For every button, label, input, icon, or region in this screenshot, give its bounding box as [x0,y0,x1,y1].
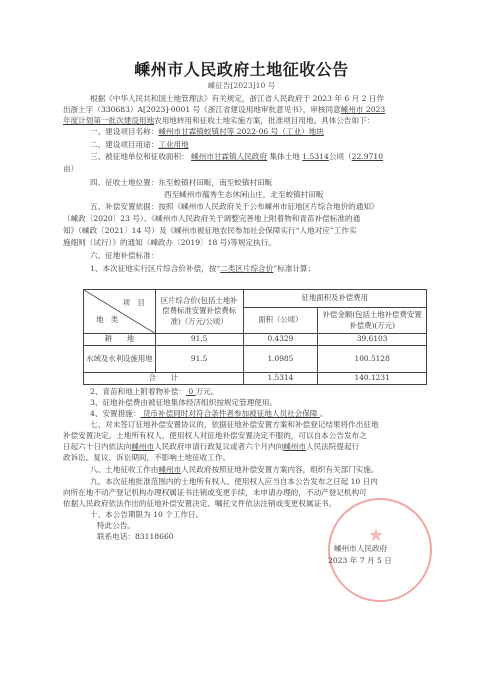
item-8-post: 人民政府按照征地补偿安置方案内容，组织有关部门实施。 [181,465,378,474]
header-amount: 补偿金额(包括土地补偿费安置补偿费)(万元) [318,308,427,334]
item-2-label: 二、建设项目用途： [90,140,158,149]
notice-page: 嵊州市人民政府土地征收公告 嵊征告[2023]10 号 根据《中华人民共和国土地… [0,0,483,673]
area-mu: 22.9710 [352,152,383,161]
contact-phone: 联系电话：83118660 [97,531,174,542]
table-corner-header: 项 目 地 类 [84,290,156,334]
item-6-sub-2-post: 万元。 [196,387,219,396]
intro-line-3-underlined: 年度计划第一批次建设用地 [63,116,154,125]
expropriated-unit: 嵊州市甘霖镇人民政府 [191,152,267,161]
item-6-sub-4-pre: 4、安置措施： [90,409,140,418]
header-zone-price: 区片综合价(包括土地补偿费标准安置补偿费标准)（万元/公顷） [155,290,243,334]
row-amount: 100.5128 [318,346,427,373]
item-9-line-1: 九、本次征地批准范围内的土地所有权人、使用权人应当自本公告发布之日起 10 日内 [90,476,378,487]
item-7-line-3-post: 人民法院提起行 [306,442,359,451]
item-1: 一、建设项目名称：嵊州市甘霖镇蛟镇村等 2022-06 号（工业）地块 [90,126,324,137]
land-type: 集体土地 [270,152,300,161]
item-1-label: 一、建设项目名称： [90,127,158,136]
corner-top-label: 项 目 [123,298,145,309]
city-name: 嵊州市 [131,442,154,451]
closing-text: 特此公告。 [97,520,135,531]
item-6-label: 六、征地补偿标准： [90,250,158,261]
location-line-1: 东至蛟镇村田畈，南至蛟镇村田畈 [158,178,272,187]
signature-date: 2023 年 7 月 5 日 [328,555,392,566]
item-9-line-3: 依据人民政府依法作出的征地补偿安置决定、嘱托文件依法注销或变更权属证书。 [63,498,336,509]
item-3-label: 三、被征地单位和征收面积： [90,152,189,161]
row-area: 1.0985 [243,346,318,373]
row-type: 耕 地 [84,334,156,346]
item-6-sub-3: 3、征地补偿费由被征地集体经济组织按规定管理使用。 [90,397,277,408]
item-5-line-1: 五、补偿安置依据：按照《嵊州市人民政府关于公布嵊州市征地区片综合地价的通知》 [90,201,379,212]
intro-line-2-underlined: 嵊州市 2023 [341,105,386,114]
item-6-sub-1-pre: 1、本次征地实行区片综合价补偿，按“ [90,264,220,273]
item-4: 四、征收土地位置：东至蛟镇村田畈，南至蛟镇村田畈 [90,177,272,188]
row-amount: 39.6103 [318,334,427,346]
table-row: 水域及水利设施用地 91.5 1.0985 100.5128 [84,346,427,373]
document-number: 嵊征告[2023]10 号 [0,80,483,91]
row-area: 0.4329 [243,334,318,346]
crop-compensation-value: 0 [186,387,196,396]
signature-org: 嵊州市人民政府 [334,543,387,554]
item-7-line-3-mid: 人民政府申请行政复议或者六个月内向 [154,442,283,451]
item-5-line-2: （嵊政〔2020〕23 号）、《嵊州市人民政府关于调整完善地上附着物和青苗补偿标… [63,213,360,224]
total-amount: 140.1231 [318,373,427,385]
row-price: 91.5 [155,346,243,373]
item-9-line-2: 向所在地不动产登记机构办理权属证书注销或变更手续，未申请办理的，不动产登记机构可 [63,487,367,498]
page-title: 嵊州市人民政府土地征收公告 [0,57,483,80]
intro-line-3-text: 农用地转用和征收土地实施方案，批准项目用地。具体公告如下： [154,116,374,125]
project-usage: 工业用地 [158,140,188,149]
item-10: 十、本公告期限为 10 个工作日。 [90,509,203,520]
location-line-2: 西至嵊州市蕴秀生态休闲山庄，北至蛟镇村田畈 [164,189,323,200]
item-6-sub-1: 1、本次征地实行区片综合价补偿，按“二类区片综合价”标准计算； [90,263,315,274]
item-4-label: 四、征收土地位置： [90,178,158,187]
table-row: 耕 地 91.5 0.4329 39.6103 [84,334,427,346]
intro-line-2-text: 出浙土字（330683）A[2023]-0001 号《浙江省建设用地审批意见书》… [63,105,341,114]
table-total-row: 合 计 1.5314 140.1231 [84,373,427,385]
area-hectares-unit: 公顷（ [329,152,352,161]
diagonal-line [84,290,156,334]
area-hectares: 1.5314 [302,152,329,161]
item-2: 二、建设项目用途：工业用地 [90,139,189,150]
item-3: 三、被征地单位和征收面积： 嵊州市甘霖镇人民政府 集体土地 1.5314公顷（2… [90,151,383,162]
item-6-sub-1-post: ”标准计算； [273,264,315,273]
corner-bottom-label: 地 类 [96,315,118,326]
item-6-sub-4-post: 。 [320,409,328,418]
item-5-line-3: 知》（嵊政〔2021〕14 号）及《嵊州市被征地农民参加社会保障实行“人地对应”… [63,225,357,236]
intro-line-1: 根据《中华人民共和国土地管理法》有关规定，浙江省人民政府于 2023 年 6 月… [90,93,384,104]
item-7-line-4: 政诉讼。复议、诉讼期间，不影响土地征收工作。 [63,452,230,463]
total-label: 合 计 [84,373,244,385]
item-8: 八、土地征收工作由嵊州市人民政府按照征地补偿安置方案内容，组织有关部门实施。 [90,464,379,475]
item-7-line-1: 七、对未签订征地补偿安置协议的，依据征地补偿安置方案和补偿登记结果将作出征地 [90,419,379,430]
item-3-mu-unit: 亩） [63,163,78,174]
project-name: 嵊州市甘霖镇蛟镇村等 2022-06 号（工业）地块 [158,127,323,136]
resettlement-measure: 货币补偿同时对符合条件者参加被征地人员社会保障 [140,409,319,418]
intro-line-2: 出浙土字（330683）A[2023]-0001 号《浙江省建设用地审批意见书》… [63,104,385,115]
item-7-line-3-pre: 日起六十日内依法向 [63,442,131,451]
city-name: 嵊州市 [158,465,181,474]
item-7-line-3: 日起六十日内依法向嵊州市人民政府申请行政复议或者六个月内向嵊州市人民法院提起行 [63,441,359,452]
item-7-line-2: 补偿安置决定。土地所有权人、使用权人对征地补偿安置决定不服的，可以自本公告发布之 [63,430,367,441]
row-price: 91.5 [155,334,243,346]
item-6-sub-2-pre: 2、青苗和地上附着物补偿： [90,387,186,396]
row-type: 水域及水利设施用地 [84,346,156,373]
total-area: 1.5314 [243,373,318,385]
item-8-pre: 八、土地征收工作由 [90,465,158,474]
header-area: 面积（公顷） [243,308,318,334]
item-6-sub-2: 2、青苗和地上附着物补偿： 0 万元。 [90,386,218,397]
item-6-sub-4: 4、安置措施： 货币补偿同时对符合条件者参加被征地人员社会保障 。 [90,408,327,419]
city-name: 嵊州市 [283,442,306,451]
intro-line-3: 年度计划第一批次建设用地农用地转用和征收土地实施方案，批准项目用地。具体公告如下… [63,115,374,126]
zone-price-class: 二类区片综合价 [220,264,273,273]
item-5-line-4: 施细则（试行）》的通知（嵊政办〔2019〕18 号)等规定执行。 [63,237,276,248]
compensation-table: 项 目 地 类 区片综合价(包括土地补偿费标准安置补偿费标准)（万元/公顷） 征… [83,289,427,385]
header-group: 征地面积及补偿费用 [243,290,427,308]
